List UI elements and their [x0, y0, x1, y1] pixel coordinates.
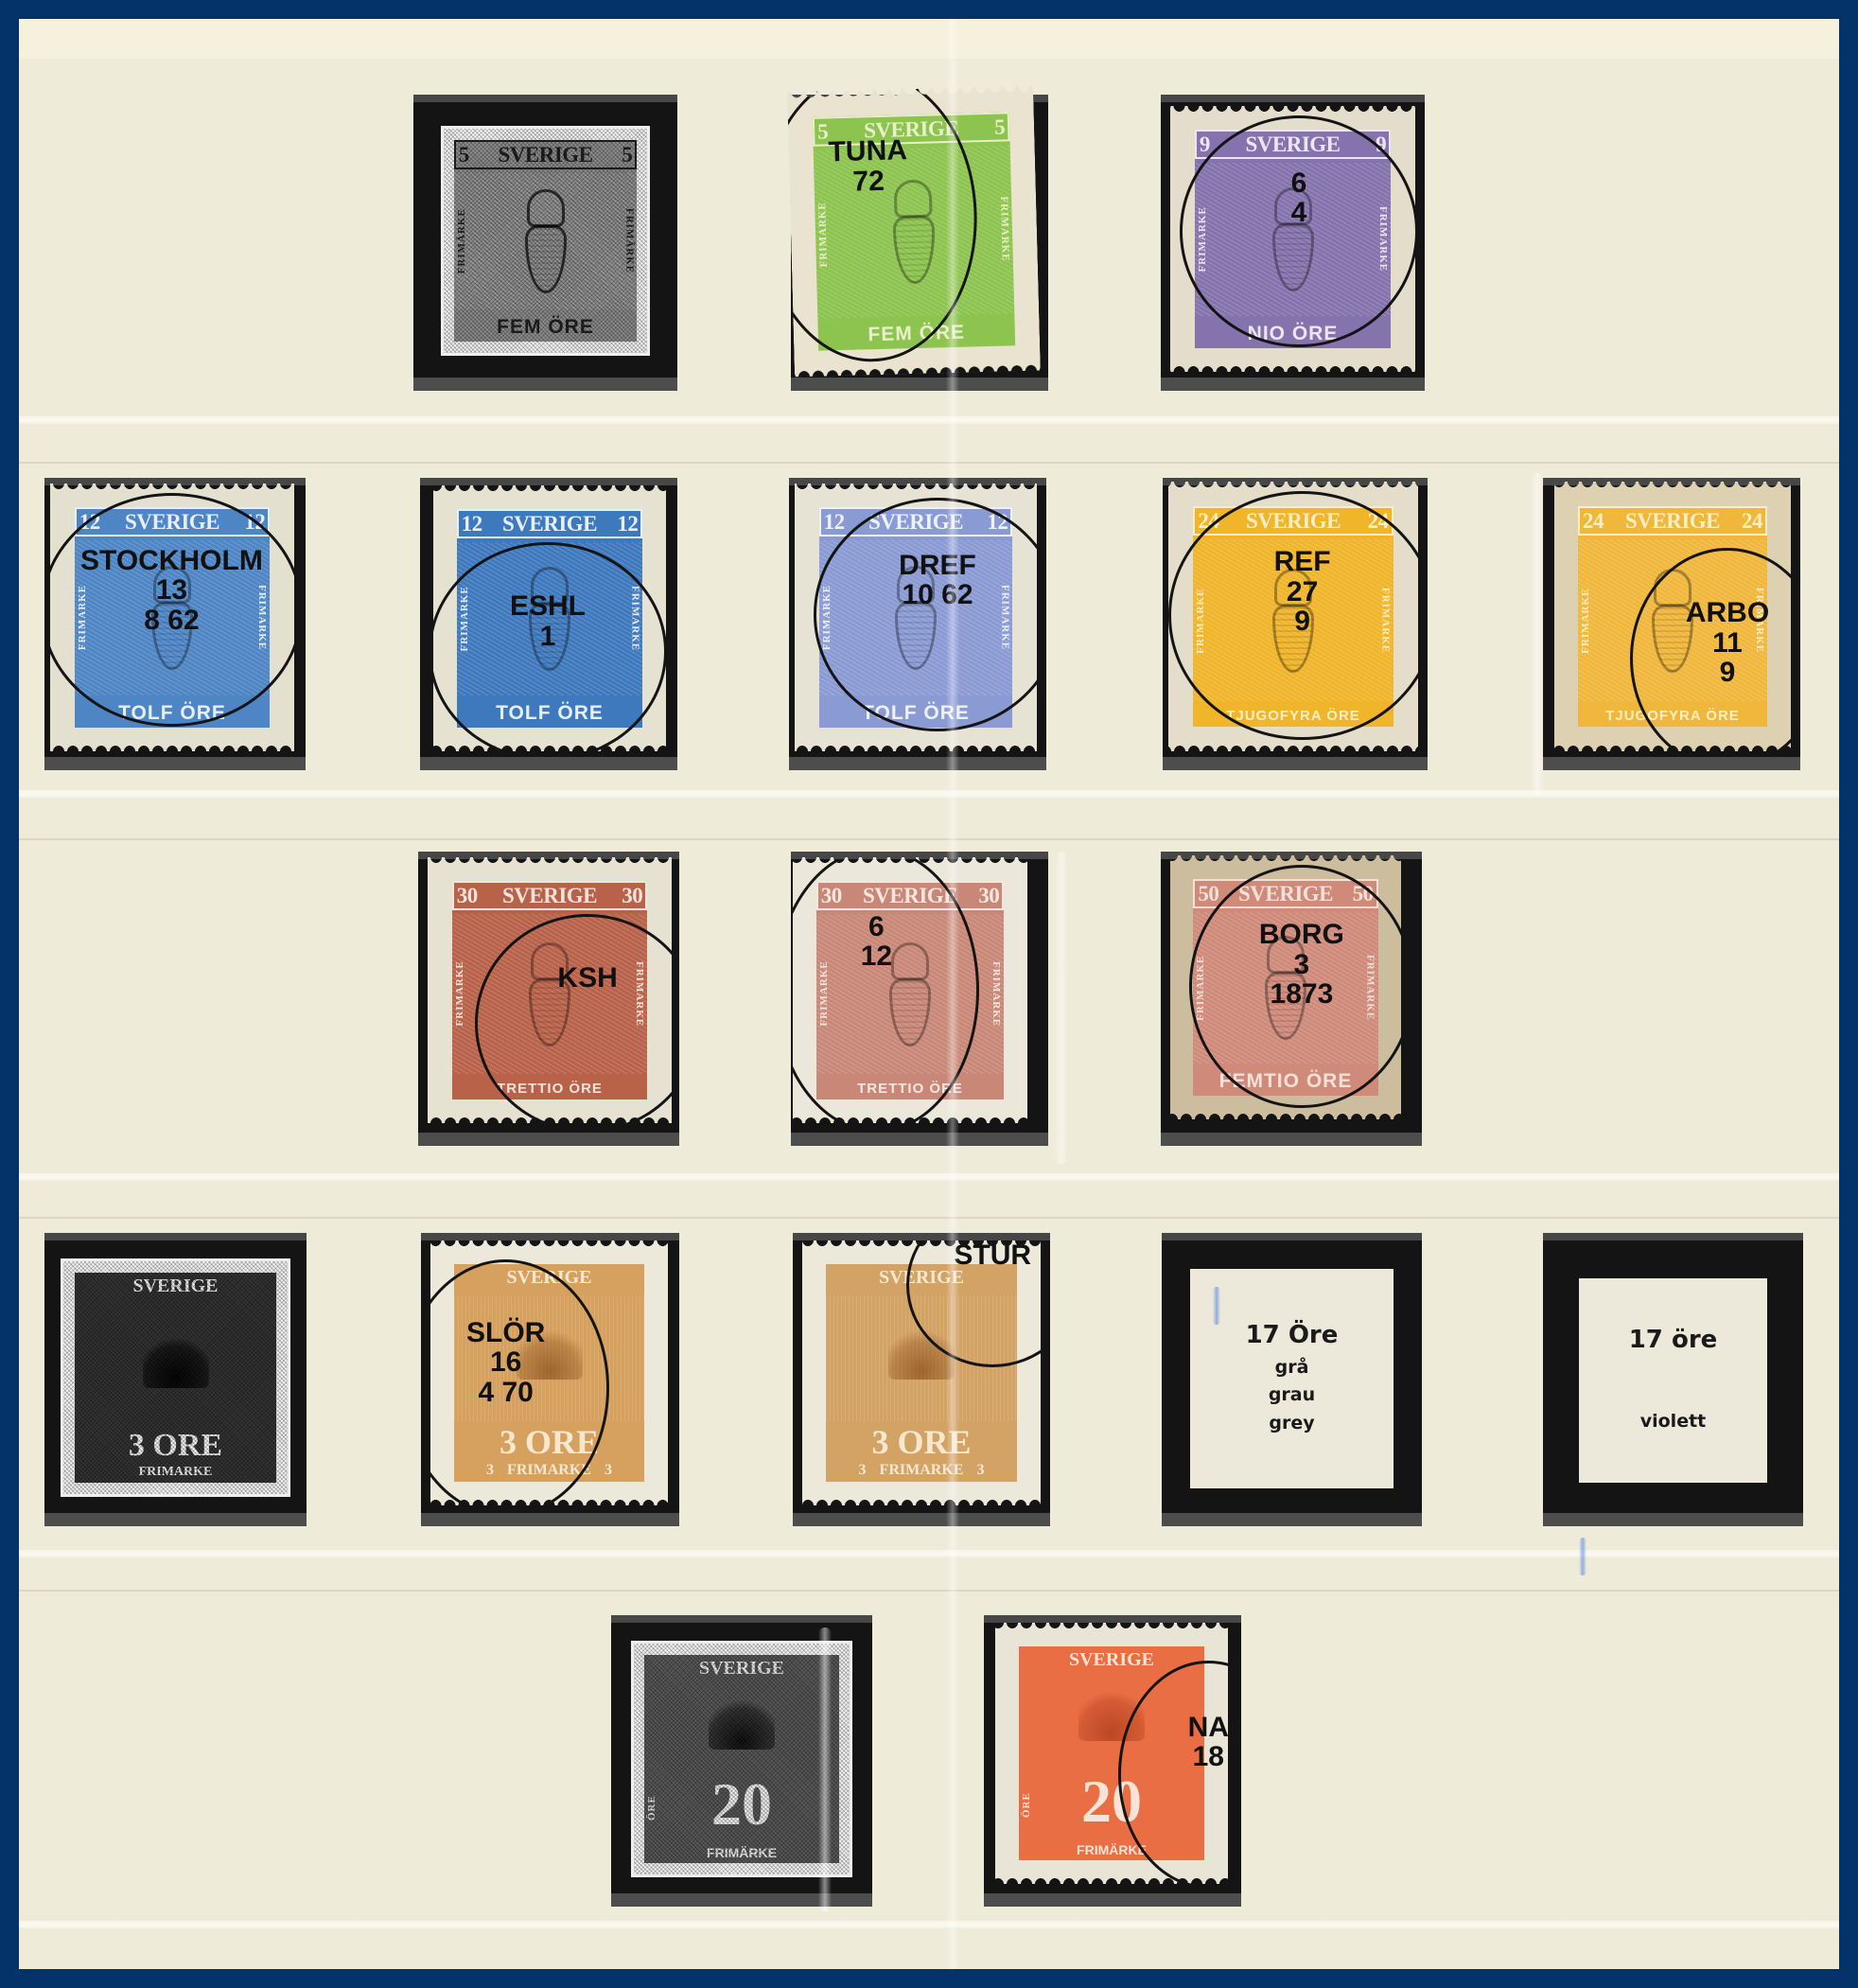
mount-bottom-edge	[44, 757, 306, 770]
mount-bottom-edge	[413, 378, 677, 391]
coat-of-arms-icon	[1261, 936, 1310, 1040]
lion-emblem-icon	[888, 1323, 955, 1380]
stamp-side-text: FRIMARKE	[1197, 163, 1212, 315]
stamp-design: 24SVERIGE24FRIMARKEFRIMARKETJUGOFYRA ÖRE	[1193, 506, 1393, 728]
coat-of-arms-icon	[888, 179, 940, 284]
stamp-value: 12	[617, 513, 638, 535]
lion-emblem-icon	[143, 1331, 209, 1388]
stamp-top-band: 30SVERIGE30	[452, 881, 647, 910]
strip-seam	[19, 462, 1839, 464]
stamp-center: FRIMARKEFRIMARKE	[816, 914, 1004, 1073]
stamp-mount[interactable]: 30SVERIGE30FRIMARKEFRIMARKETRETTIO ÖRE6 …	[791, 852, 1048, 1146]
stamp[interactable]: SVERIGE20ÖREFRIMÄRKENA 18	[995, 1623, 1228, 1884]
coat-of-arms-icon	[885, 942, 935, 1047]
lion-emblem-icon	[709, 1693, 775, 1750]
stamp-inscription: FRIMARKE	[75, 1462, 276, 1483]
stamp-side-text: FRIMARKE	[818, 914, 833, 1073]
mount-bottom-edge	[793, 1513, 1050, 1526]
stamp-center: FRIMÄRKEFRIMÄRKE	[454, 173, 638, 309]
stamp-design: SVERIGE3 ORE3FRIMARKE3	[826, 1264, 1017, 1482]
stamp-mount[interactable]: SVERIGE3 ORE3FRIMARKE3STUR	[793, 1233, 1050, 1526]
label-denomination: 17 öre	[1629, 1326, 1718, 1354]
stamp-value: 24	[1742, 510, 1762, 532]
stamp-mount[interactable]: 9SVERIGE9FRIMARKEFRIMARKENIO ÖRE6 4	[1161, 95, 1425, 391]
stamp-center	[75, 1304, 276, 1425]
mount-bottom-edge	[1163, 757, 1428, 770]
stamp-design: SVERIGE20ÖREFRIMÄRKE	[1019, 1646, 1205, 1860]
album-page: 5SVERIGE5FRIMÄRKEFRIMÄRKEFEM ÖRE5SVERIGE…	[19, 19, 1839, 1969]
empty-space-label-mount[interactable]: 17 Öregrågraugrey	[1162, 1233, 1422, 1526]
stamp-illustration[interactable]: SVERIGE3 OREFRIMARKE	[63, 1261, 288, 1494]
lion-emblem-icon	[517, 1323, 583, 1380]
coat-of-arms-icon	[525, 942, 574, 1047]
mount-bottom-edge	[789, 757, 1046, 770]
stamp-inscription: 3FRIMARKE3	[826, 1459, 1017, 1482]
stamp-country: SVERIGE	[1210, 133, 1376, 155]
stamp-side-text: FRIMARKE	[815, 150, 835, 318]
stamp[interactable]: 12SVERIGE12FRIMARKEFRIMARKETOLF ÖREDREF …	[795, 484, 1037, 751]
mount-bottom-edge	[791, 378, 1048, 391]
strip-seam	[19, 838, 1839, 840]
stamp-denomination: TRETTIO ÖRE	[452, 1078, 647, 1100]
stamp-value: 12	[987, 511, 1008, 533]
stamp-denomination: 3 ORE	[454, 1425, 644, 1459]
stamp-value: 5	[994, 116, 1006, 138]
stamp-mount[interactable]: 24SVERIGE24FRIMARKEFRIMARKETJUGOFYRA ÖRE…	[1163, 478, 1428, 770]
stamp-side-text: FRIMARKE	[77, 540, 92, 695]
stamp-denomination: TOLF ÖRE	[457, 699, 643, 728]
stamp-inscription: 3FRIMARKE3	[454, 1459, 644, 1482]
strip-seam	[19, 1590, 1839, 1592]
mount-bottom-edge	[1162, 1513, 1422, 1526]
stamp-top-band: 24SVERIGE24	[1193, 506, 1393, 536]
stamp[interactable]: 24SVERIGE24FRIMARKEFRIMARKETJUGOFYRA ÖRE…	[1168, 482, 1418, 751]
mount-bottom-edge	[791, 1133, 1048, 1146]
stamp-side-text: FRIMARKE	[1195, 539, 1210, 702]
stamp-value: 30	[978, 885, 999, 906]
stamp-mount[interactable]: SVERIGE20ÖREFRIMÄRKENA 18	[984, 1615, 1241, 1907]
label-color-text: violett	[1640, 1409, 1707, 1435]
coat-of-arms-icon	[891, 566, 940, 670]
stamp[interactable]: 12SVERIGE12FRIMARKEFRIMARKETOLF ÖRESTOCK…	[50, 484, 294, 751]
coat-of-arms-icon	[1269, 569, 1318, 673]
stamp-country: SVERIGE	[826, 1264, 1017, 1292]
stamp-value: 3	[486, 1462, 494, 1478]
strip-divider	[19, 1173, 1839, 1183]
stamp-mount[interactable]: SVERIGE20ÖREFRIMÄRKE	[611, 1615, 872, 1907]
stamp[interactable]: 9SVERIGE9FRIMARKEFRIMARKENIO ÖRE6 4	[1170, 106, 1415, 372]
lion-emblem-icon	[1078, 1684, 1145, 1741]
stamp-center: 20ÖRE	[644, 1686, 838, 1838]
stamp-denomination: FEM ÖRE	[454, 313, 638, 342]
stamp-side-text: FRIMARKE	[1580, 539, 1595, 702]
stamp-side-text: FRIMÄRKE	[620, 173, 635, 309]
mount-bottom-edge	[1543, 1513, 1803, 1526]
stamp-value: 3	[605, 1462, 612, 1478]
stamp-value: 30	[457, 885, 478, 906]
stamp[interactable]: 12SVERIGE12FRIMARKEFRIMARKETOLF ÖREESHL …	[433, 485, 666, 751]
stamp-country: SVERIGE	[469, 144, 622, 166]
coat-of-arms-icon	[1269, 187, 1318, 291]
stamp-value: 24	[1583, 510, 1604, 532]
stamp-side-text: FRIMARKE	[987, 914, 1002, 1073]
strip-divider	[19, 790, 1839, 800]
stamp-country: SVERIGE	[845, 511, 988, 533]
stamp-design: SVERIGE20ÖREFRIMÄRKE	[644, 1655, 838, 1863]
stamp-top-band: 24SVERIGE24	[1578, 506, 1767, 536]
stamp-center	[454, 1295, 644, 1421]
stamp-mount[interactable]: 12SVERIGE12FRIMARKEFRIMARKETOLF ÖREDREF …	[789, 478, 1046, 770]
stamp-inscription: FRIMÄRKE	[1019, 1839, 1205, 1860]
stamp[interactable]: 50SVERIGE50FRIMARKEFRIMARKEFEMTIO ÖREBOR…	[1170, 855, 1401, 1119]
stamp-side-text: FRIMARKE	[1361, 912, 1376, 1064]
stamp-value: 30	[622, 885, 642, 906]
stamp-design: SVERIGE3 ORE3FRIMARKE3	[454, 1264, 644, 1482]
stamp-value: 12	[824, 511, 845, 533]
stamp-country: SVERIGE	[1604, 510, 1742, 532]
stamp-center: FRIMARKEFRIMARKE	[819, 540, 1013, 695]
stamp-center: 20ÖRE	[1019, 1678, 1205, 1836]
stamp[interactable]: SVERIGE3 ORE3FRIMARKE3SLÖR 16 4 70	[430, 1240, 668, 1505]
strip-seam	[19, 1217, 1839, 1219]
stamp[interactable]: SVERIGE3 ORE3FRIMARKE3STUR	[802, 1240, 1041, 1505]
label-color-text: grå	[1275, 1355, 1309, 1381]
stamp-denomination: ÖRE	[1021, 1788, 1036, 1822]
stamp-value: 3	[976, 1462, 984, 1478]
stamp-design: SVERIGE3 OREFRIMARKE	[75, 1273, 276, 1482]
mount-bottom-edge	[421, 1513, 679, 1526]
coat-of-arms-icon	[521, 189, 570, 293]
stamp-side-text: FRIMARKE	[253, 540, 268, 695]
stamp-denomination: FEM ÖRE	[817, 317, 1015, 350]
stamp-illustration[interactable]: 5SVERIGE5FRIMÄRKEFRIMÄRKEFEM ÖRE	[444, 129, 647, 353]
stamp-mount[interactable]: 12SVERIGE12FRIMARKEFRIMARKETOLF ÖREESHL …	[420, 478, 677, 770]
stamp-denomination: 3 ORE	[75, 1430, 276, 1462]
stamp-country: SVERIGE	[454, 1264, 644, 1292]
stamp-value: 12	[79, 511, 100, 533]
stamp-country: SVERIGE	[1019, 1646, 1205, 1674]
stamp-top-band: 12SVERIGE12	[75, 507, 270, 537]
stamp-country: SVERIGE	[1218, 510, 1367, 532]
stamp-denomination: 3 ORE	[826, 1425, 1017, 1459]
stamp-side-text: FRIMARKE	[454, 914, 469, 1073]
stamp-side-text: FRIMARKE	[880, 1462, 964, 1478]
stamp-denomination: ÖRE	[646, 1791, 661, 1825]
mount-bottom-edge	[420, 757, 677, 770]
stamp-mount[interactable]: SVERIGE3 ORE3FRIMARKE3SLÖR 16 4 70	[421, 1233, 679, 1526]
stamp-side-text: FRIMARKE	[993, 145, 1013, 313]
stamp-top-band: 9SVERIGE9	[1195, 130, 1391, 159]
stamp-value: 12	[244, 511, 265, 533]
strip-divider	[19, 1921, 1839, 1930]
stamp-mount[interactable]: 24SVERIGE24FRIMARKEFRIMARKETJUGOFYRA ÖRE…	[1543, 478, 1800, 770]
stamp-design: 5SVERIGE5FRIMARKEFRIMARKEFEM ÖRE	[813, 112, 1015, 350]
mount-bottom-edge	[1161, 378, 1425, 391]
stamp-design: 12SVERIGE12FRIMARKEFRIMARKETOLF ÖRE	[457, 509, 643, 727]
stamp-center: FRIMARKEFRIMARKE	[814, 145, 1015, 318]
stamp-inscription: FRIMÄRKE	[644, 1842, 838, 1863]
stamp-design: 12SVERIGE12FRIMARKEFRIMARKETOLF ÖRE	[75, 507, 270, 727]
stamp-denomination: NIO ÖRE	[1195, 320, 1391, 348]
stamp-side-text: FRIMARKE	[1376, 539, 1392, 702]
stamp-side-text: FRIMARKE	[1750, 539, 1765, 702]
plastic-glare	[1055, 852, 1068, 1164]
stamp-value: 12	[462, 513, 482, 535]
mount-bottom-edge	[418, 1133, 679, 1146]
stamp-mount[interactable]: 5SVERIGE5FRIMÄRKEFRIMÄRKEFEM ÖRE	[413, 95, 677, 391]
mount-bottom-edge	[984, 1893, 1241, 1907]
stamp-side-text: FRIMÄRKE	[456, 173, 471, 309]
stamp-value: 5	[459, 144, 469, 166]
stamp-denomination: TJUGOFYRA ÖRE	[1193, 705, 1393, 727]
mount-bottom-edge	[1543, 757, 1800, 770]
stamp-country: SVERIGE	[644, 1655, 838, 1682]
stamp-design: 30SVERIGE30FRIMARKEFRIMARKETRETTIO ÖRE	[816, 881, 1004, 1099]
stamp-value: 50	[1198, 883, 1218, 905]
stamp-value: 20	[1019, 1771, 1205, 1832]
mount-bottom-edge	[1161, 1133, 1422, 1146]
stamp-value: 50	[1353, 883, 1374, 905]
stamp-country: SVERIGE	[842, 885, 978, 906]
stamp-mount[interactable]: 5SVERIGE5FRIMARKEFRIMARKEFEM ÖRETUNA 72	[791, 95, 1048, 391]
stamp-design: 30SVERIGE30FRIMARKEFRIMARKETRETTIO ÖRE	[452, 881, 647, 1099]
stamp-illustration[interactable]: SVERIGE20ÖREFRIMÄRKE	[634, 1644, 850, 1874]
stamp-value: 9	[1376, 133, 1386, 155]
stamp-side-text: FRIMARKE	[459, 542, 474, 695]
stamp-country: SVERIGE	[75, 1273, 276, 1300]
plastic-glare	[1531, 473, 1544, 795]
stamp-side-text: FRIMARKE	[625, 542, 640, 695]
stamp-mount[interactable]: 50SVERIGE50FRIMARKEFRIMARKEFEMTIO ÖREBOR…	[1161, 852, 1422, 1146]
coat-of-arms-icon	[525, 567, 574, 671]
stamp-center: FRIMARKEFRIMARKE	[457, 542, 643, 695]
stamp-denomination: TOLF ÖRE	[819, 699, 1013, 728]
stamp-top-band: 30SVERIGE30	[816, 881, 1004, 910]
stamp-value: 20	[644, 1774, 838, 1835]
stamp-value: 30	[821, 885, 842, 906]
stamp-mount[interactable]: 12SVERIGE12FRIMARKEFRIMARKETOLF ÖRESTOCK…	[44, 478, 306, 770]
stamp-center: FRIMARKEFRIMARKE	[452, 914, 647, 1073]
stamp-top-band: 12SVERIGE12	[457, 509, 643, 538]
placeholder-label: 17 öreviolett	[1579, 1278, 1767, 1483]
stamp-side-text: FRIMARKE	[1374, 163, 1389, 315]
placeholder-label: 17 Öregrågraugrey	[1190, 1269, 1393, 1488]
stamp-value: 24	[1368, 510, 1389, 532]
stamp-side-text: FRIMARKE	[507, 1462, 591, 1478]
stamp-denomination: TOLF ÖRE	[75, 699, 270, 728]
stamp-side-text: FRIMARKE	[821, 540, 836, 695]
stamp-country: SVERIGE	[478, 885, 622, 906]
stamp-center: FRIMARKEFRIMARKE	[1193, 539, 1393, 702]
stamp-design: 12SVERIGE12FRIMARKEFRIMARKETOLF ÖRE	[819, 507, 1013, 727]
stamp-side-text: FRIMARKE	[630, 914, 645, 1073]
empty-space-label-mount[interactable]: 17 öreviolett	[1543, 1233, 1803, 1526]
stamp-design: 50SVERIGE50FRIMARKEFRIMARKEFEMTIO ÖRE	[1193, 879, 1377, 1096]
mount-bottom-edge	[611, 1893, 872, 1907]
stamp-value: 24	[1198, 510, 1218, 532]
stamp-country: SVERIGE	[1218, 883, 1352, 905]
page-header-strip	[19, 19, 1839, 59]
stamp-top-band: 5SVERIGE5	[813, 112, 1010, 146]
stamp-side-text: FRIMARKE	[995, 540, 1010, 695]
stamp-center: FRIMARKEFRIMARKE	[1195, 163, 1391, 315]
stamp-value: 3	[859, 1462, 867, 1478]
stamp-country: SVERIGE	[828, 116, 995, 143]
stamp-design: 5SVERIGE5FRIMÄRKEFRIMÄRKEFEM ÖRE	[454, 140, 638, 342]
mount-bottom-edge	[44, 1513, 307, 1526]
stamp-country: SVERIGE	[482, 513, 618, 535]
stamp-top-band: 12SVERIGE12	[819, 507, 1013, 537]
stamp-value: 9	[1200, 133, 1210, 155]
stamp-country: SVERIGE	[100, 511, 244, 533]
label-color-text: grey	[1269, 1411, 1314, 1437]
stamp[interactable]: 5SVERIGE5FRIMARKEFRIMARKEFEM ÖRETUNA 72	[787, 86, 1041, 378]
stamp-center: FRIMARKEFRIMARKE	[75, 540, 270, 695]
stamp-design: 24SVERIGE24FRIMARKEFRIMARKETJUGOFYRA ÖRE	[1578, 506, 1767, 728]
stamp-design: 9SVERIGE9FRIMARKEFRIMARKENIO ÖRE	[1195, 130, 1391, 347]
stamp-value: 5	[622, 144, 632, 166]
strip-divider	[19, 416, 1839, 426]
stamp-denomination: TRETTIO ÖRE	[816, 1078, 1004, 1100]
label-color-text: grau	[1269, 1382, 1315, 1409]
stamp-value: 5	[817, 120, 829, 142]
stamp-center	[826, 1295, 1017, 1421]
stamp-mount[interactable]: 30SVERIGE30FRIMARKEFRIMARKETRETTIO ÖREKS…	[418, 852, 679, 1146]
label-denomination: 17 Öre	[1246, 1321, 1339, 1349]
stamp-top-band: 50SVERIGE50	[1193, 879, 1377, 908]
stamp[interactable]: 30SVERIGE30FRIMARKEFRIMARKETRETTIO ÖREKS…	[428, 857, 672, 1123]
stamp-mount[interactable]: SVERIGE3 OREFRIMARKE	[44, 1233, 307, 1526]
strip-divider	[19, 1550, 1839, 1559]
stamp-center: FRIMARKEFRIMARKE	[1193, 912, 1377, 1064]
stamp-side-text: FRIMARKE	[1195, 912, 1210, 1064]
stamp-denomination: FEMTIO ÖRE	[1193, 1067, 1377, 1096]
coat-of-arms-icon	[1648, 569, 1697, 673]
stamp-center: FRIMARKEFRIMARKE	[1578, 539, 1767, 702]
stamp-top-band: 5SVERIGE5	[454, 140, 638, 169]
stamp[interactable]: 24SVERIGE24FRIMARKEFRIMARKETJUGOFYRA ÖRE…	[1554, 482, 1791, 751]
stamp-denomination: TJUGOFYRA ÖRE	[1578, 705, 1767, 727]
stamp[interactable]: 30SVERIGE30FRIMARKEFRIMARKETRETTIO ÖRE6 …	[793, 857, 1027, 1123]
coat-of-arms-icon	[148, 566, 197, 670]
